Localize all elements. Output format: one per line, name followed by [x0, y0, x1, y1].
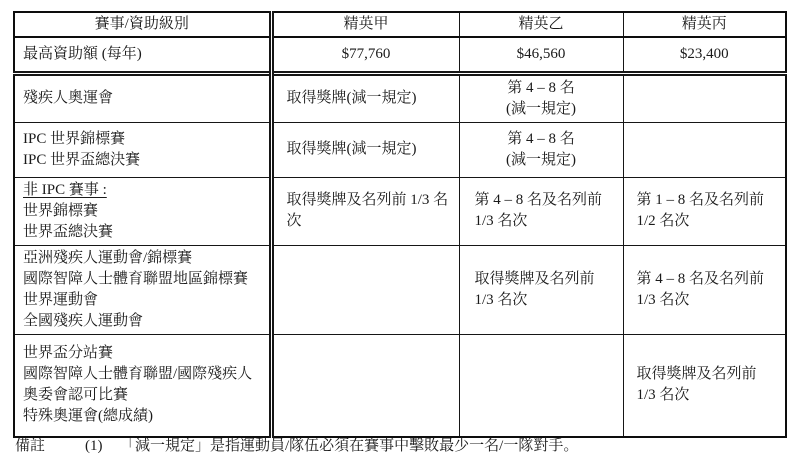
page: { "colors": { "background": "#ffffff", "… [0, 0, 800, 459]
cell-ipc-elite-c-empty [623, 122, 786, 177]
funding-table: 賽事/資助級別 精英甲 精英乙 精英丙 最高資助額 (每年) $77,760 $… [13, 11, 787, 438]
paralympics-elite-b-line1: 第 4 – 8 名 [464, 78, 619, 99]
row-paralympics: 殘疾人奧運會 取得獎牌(減一規定) 第 4 – 8 名 (減一規定) [14, 73, 786, 122]
cell-non-ipc-elite-a: 取得獎牌及名列前 1/3 名次 [271, 177, 459, 245]
asian-games-event-line2: 國際智障人士體育聯盟地區錦標賽 [23, 269, 253, 290]
header-cell-elite-c: 精英丙 [623, 12, 786, 37]
non-ipc-event-line1: 世界錦標賽 [23, 201, 253, 222]
asian-games-event-line3: 世界運動會 [23, 290, 253, 311]
paralympics-elite-a-text: 取得獎牌(減一規定) [287, 90, 417, 106]
non-ipc-elite-c-line1: 第 1 – 8 名及名列前 [637, 190, 782, 211]
cell-max-subsidy-elite-a: $77,760 [271, 37, 459, 73]
row-asian-games: 亞洲殘疾人運動會/錦標賽 國際智障人士體育聯盟地區錦標賽 世界運動會 全國殘疾人… [14, 245, 786, 334]
cell-asian-games-elite-a-empty [271, 245, 459, 334]
row-non-ipc: 非 IPC 賽事 : 世界錦標賽 世界盃總決賽 取得獎牌及名列前 1/3 名次 … [14, 177, 786, 245]
non-ipc-elite-a-text: 取得獎牌及名列前 1/3 名次 [287, 192, 449, 229]
asian-games-event-line1: 亞洲殘疾人運動會/錦標賽 [23, 248, 253, 269]
cell-world-cup-elite-c: 取得獎牌及名列前 1/3 名次 [623, 334, 786, 437]
amount-elite-c: $23,400 [680, 46, 729, 62]
amount-elite-b: $46,560 [517, 46, 566, 62]
cell-paralympics-elite-c-empty [623, 73, 786, 122]
max-subsidy-label: 最高資助額 (每年) [23, 46, 142, 62]
asian-games-event-line4: 全國殘疾人運動會 [23, 311, 253, 332]
paralympics-label: 殘疾人奧運會 [23, 90, 113, 106]
cell-world-cup-event: 世界盃分站賽 國際智障人士體育聯盟/國際殘疾人奧委會認可比賽 特殊奧運會(總成績… [14, 334, 271, 437]
cell-ipc-event: IPC 世界錦標賽 IPC 世界盃總決賽 [14, 122, 271, 177]
cell-ipc-elite-b: 第 4 – 8 名 (減一規定) [459, 122, 623, 177]
cell-paralympics-elite-a: 取得獎牌(減一規定) [271, 73, 459, 122]
asian-games-elite-c-line1: 第 4 – 8 名及名列前 [637, 269, 782, 290]
cell-non-ipc-elite-b: 第 4 – 8 名及名列前 1/3 名次 [459, 177, 623, 245]
non-ipc-heading: 非 IPC 賽事 : [23, 180, 253, 201]
asian-games-elite-b-line2: 1/3 名次 [475, 290, 619, 311]
world-cup-elite-c-line2: 1/3 名次 [637, 385, 782, 406]
asian-games-elite-c-line2: 1/3 名次 [637, 290, 782, 311]
non-ipc-event-line2: 世界盃總決賽 [23, 222, 253, 243]
header-row: 賽事/資助級別 精英甲 精英乙 精英丙 [14, 12, 786, 37]
row-ipc: IPC 世界錦標賽 IPC 世界盃總決賽 取得獎牌(減一規定) 第 4 – 8 … [14, 122, 786, 177]
header-elite-a-label: 精英甲 [343, 16, 388, 32]
header-cell-event: 賽事/資助級別 [14, 12, 271, 37]
cell-ipc-elite-a: 取得獎牌(減一規定) [271, 122, 459, 177]
amount-elite-a: $77,760 [342, 46, 391, 62]
non-ipc-elite-c-line2: 1/2 名次 [637, 211, 782, 232]
world-cup-elite-c-line1: 取得獎牌及名列前 [637, 364, 782, 385]
world-cup-event-line1: 世界盃分站賽 [23, 343, 253, 364]
cell-paralympics-elite-b: 第 4 – 8 名 (減一規定) [459, 73, 623, 122]
cell-paralympics-event: 殘疾人奧運會 [14, 73, 271, 122]
cell-asian-games-event: 亞洲殘疾人運動會/錦標賽 國際智障人士體育聯盟地區錦標賽 世界運動會 全國殘疾人… [14, 245, 271, 334]
header-cell-elite-b: 精英乙 [459, 12, 623, 37]
footnote-text: 「減一規定」是指運動員/隊伍必須在賽事中擊敗最少一名/一隊對手。 [120, 438, 578, 454]
header-elite-b-label: 精英乙 [518, 16, 563, 32]
row-max-subsidy: 最高資助額 (每年) $77,760 $46,560 $23,400 [14, 37, 786, 73]
cell-asian-games-elite-b: 取得獎牌及名列前 1/3 名次 [459, 245, 623, 334]
row-world-cup-series: 世界盃分站賽 國際智障人士體育聯盟/國際殘疾人奧委會認可比賽 特殊奧運會(總成績… [14, 334, 786, 437]
cell-world-cup-elite-b-empty [459, 334, 623, 437]
cell-max-subsidy-elite-b: $46,560 [459, 37, 623, 73]
footnote: 備註(1)「減一規定」是指運動員/隊伍必須在賽事中擊敗最少一名/一隊對手。 [15, 436, 578, 456]
ipc-elite-a-text: 取得獎牌(減一規定) [287, 141, 417, 157]
cell-non-ipc-event: 非 IPC 賽事 : 世界錦標賽 世界盃總決賽 [14, 177, 271, 245]
world-cup-event-line2: 國際智障人士體育聯盟/國際殘疾人奧委會認可比賽 [23, 364, 253, 406]
ipc-elite-b-line2: (減一規定) [464, 150, 619, 171]
header-elite-c-label: 精英丙 [682, 16, 727, 32]
cell-world-cup-elite-a-empty [271, 334, 459, 437]
header-cell-elite-a: 精英甲 [271, 12, 459, 37]
footnote-label: 備註 [15, 436, 85, 456]
non-ipc-elite-b-line1: 第 4 – 8 名及名列前 [475, 190, 619, 211]
ipc-elite-b-line1: 第 4 – 8 名 [464, 129, 619, 150]
cell-asian-games-elite-c: 第 4 – 8 名及名列前 1/3 名次 [623, 245, 786, 334]
header-event-label: 賽事/資助級別 [95, 16, 189, 32]
world-cup-event-line3: 特殊奧運會(總成績) [23, 406, 253, 427]
ipc-event-line2: IPC 世界盃總決賽 [23, 150, 253, 171]
paralympics-elite-b-line2: (減一規定) [464, 99, 619, 120]
ipc-event-line1: IPC 世界錦標賽 [23, 129, 253, 150]
cell-non-ipc-elite-c: 第 1 – 8 名及名列前 1/2 名次 [623, 177, 786, 245]
footnote-number: (1) [85, 436, 120, 456]
non-ipc-elite-b-line2: 1/3 名次 [475, 211, 619, 232]
asian-games-elite-b-line1: 取得獎牌及名列前 [475, 269, 619, 290]
cell-max-subsidy-elite-c: $23,400 [623, 37, 786, 73]
cell-max-subsidy-event: 最高資助額 (每年) [14, 37, 271, 73]
